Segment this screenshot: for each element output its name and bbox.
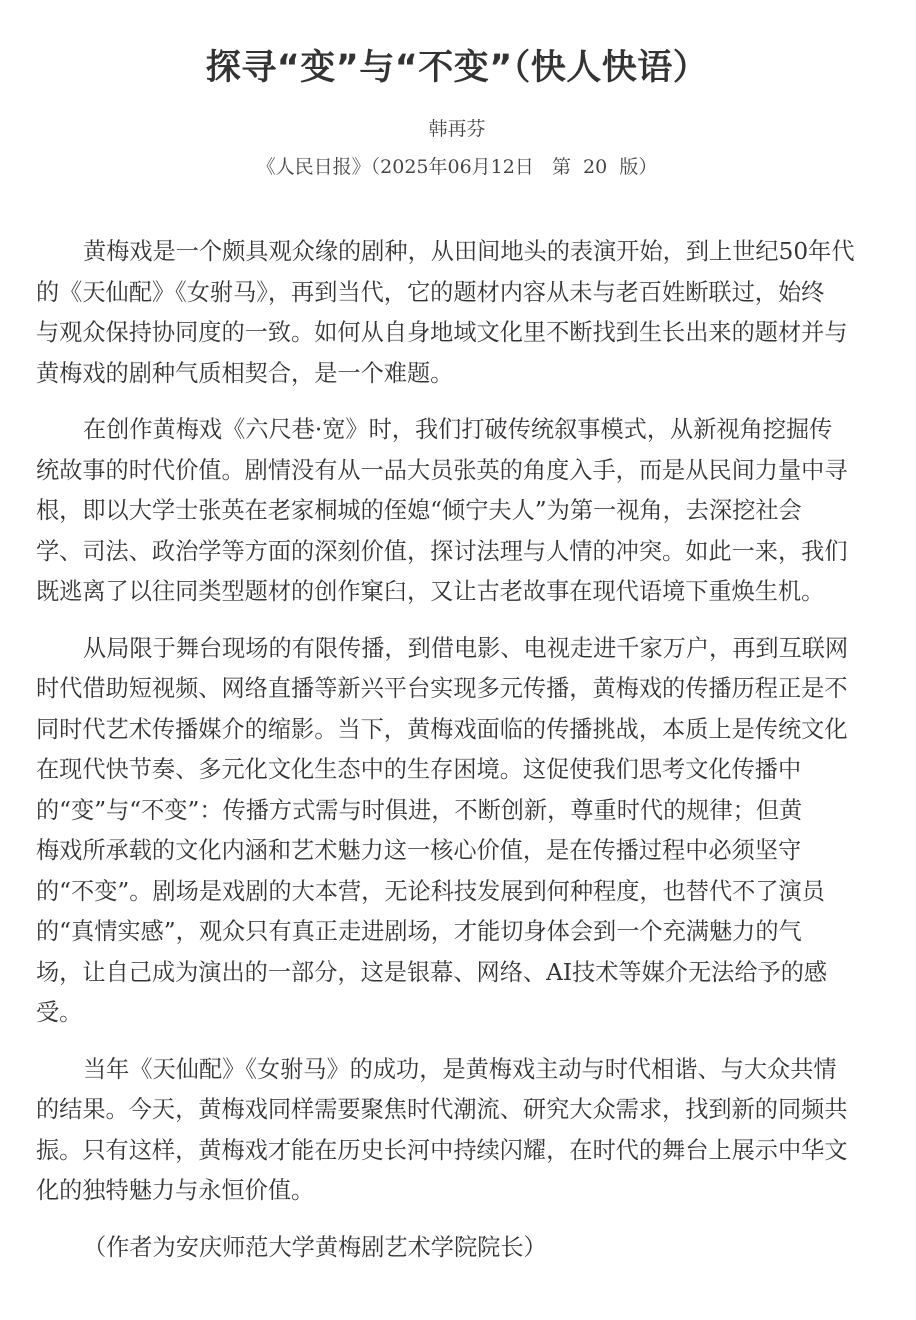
paragraph-line: 当年《天仙配》《女驸马》的成功，是黄梅戏主动与时代相谐、与大众共情 xyxy=(36,1050,878,1091)
paragraph-3: 从局限于舞台现场的有限传播，到借电影、电视走进千家万户，再到互联网 时代借助短视… xyxy=(36,629,878,1034)
paragraph-line: 黄梅戏的剧种气质相契合，是一个难题。 xyxy=(36,354,878,395)
paragraph-line: 的结果。今天，黄梅戏同样需要聚焦时代潮流、研究大众需求，找到新的同频共 xyxy=(36,1090,878,1131)
paragraph-line: 化的独特魅力与永恒价值。 xyxy=(36,1171,878,1212)
paragraph-4: 当年《天仙配》《女驸马》的成功，是黄梅戏主动与时代相谐、与大众共情 的结果。今天… xyxy=(36,1050,878,1212)
paragraph-line: 受。 xyxy=(36,993,878,1034)
paragraph-1: 黄梅戏是一个颇具观众缘的剧种，从田间地头的表演开始，到上世纪50年代 的《天仙配… xyxy=(36,232,878,394)
paragraph-line: 的《天仙配》《女驸马》，再到当代，它的题材内容从未与老百姓断联过，始终 xyxy=(36,273,878,314)
article-author: 韩再芬 xyxy=(36,115,878,143)
paragraph-line: 梅戏所承载的文化内涵和艺术魅力这一核心价值，是在传播过程中必须坚守 xyxy=(36,831,878,872)
paragraph-line: 与观众保持协同度的一致。如何从自身地域文化里不断找到生长出来的题材并与 xyxy=(36,313,878,354)
paragraph-line: 黄梅戏是一个颇具观众缘的剧种，从田间地头的表演开始，到上世纪50年代 xyxy=(36,232,878,273)
paragraph-line: 学、司法、政治学等方面的深刻价值，探讨法理与人情的冲突。如此一来，我们 xyxy=(36,532,878,573)
paragraph-line: 的“变”与“不变”：传播方式需与时俱进，不断创新，尊重时代的规律；但黄 xyxy=(36,791,878,832)
paragraph-line: 的“不变”。剧场是戏剧的大本营，无论科技发展到何种程度，也替代不了演员 xyxy=(36,872,878,913)
paragraph-line: 根，即以大学士张英在老家桐城的侄媳“倾宁夫人”为第一视角，去深挖社会 xyxy=(36,491,878,532)
paragraph-line: 时代借助短视频、网络直播等新兴平台实现多元传播，黄梅戏的传播历程正是不 xyxy=(36,669,878,710)
author-note: （作者为安庆师范大学黄梅剧艺术学院院长） xyxy=(36,1228,878,1269)
paragraph-line: 的“真情实感”，观众只有真正走进剧场，才能切身体会到一个充满魅力的气 xyxy=(36,912,878,953)
paragraph-line: 既逃离了以往同类型题材的创作窠臼，又让古老故事在现代语境下重焕生机。 xyxy=(36,572,878,613)
article-body: 黄梅戏是一个颇具观众缘的剧种，从田间地头的表演开始，到上世纪50年代 的《天仙配… xyxy=(36,232,878,1268)
paragraph-line: 在创作黄梅戏《六尺巷·宽》时，我们打破传统叙事模式，从新视角挖掘传 xyxy=(36,410,878,451)
paragraph-line: 振。只有这样，黄梅戏才能在历史长河中持续闪耀，在时代的舞台上展示中华文 xyxy=(36,1131,878,1172)
paragraph-line: 同时代艺术传播媒介的缩影。当下，黄梅戏面临的传播挑战，本质上是传统文化 xyxy=(36,710,878,751)
paragraph-line: 场，让自己成为演出的一部分，这是银幕、网络、AI技术等媒介无法给予的感 xyxy=(36,953,878,994)
paragraph-2: 在创作黄梅戏《六尺巷·宽》时，我们打破传统叙事模式，从新视角挖掘传 统故事的时代… xyxy=(36,410,878,613)
paragraph-line: 从局限于舞台现场的有限传播，到借电影、电视走进千家万户，再到互联网 xyxy=(36,629,878,670)
paragraph-line: 在现代快节奏、多元化文化生态中的生存困境。这促使我们思考文化传播中 xyxy=(36,750,878,791)
paragraph-line: 统故事的时代价值。剧情没有从一品大员张英的角度入手，而是从民间力量中寻 xyxy=(36,451,878,492)
article-title: 探寻“变”与“不变”（快人快语） xyxy=(36,44,878,92)
article-source: 《人民日报》（2025年06月12日 第 20 版） xyxy=(36,153,878,181)
